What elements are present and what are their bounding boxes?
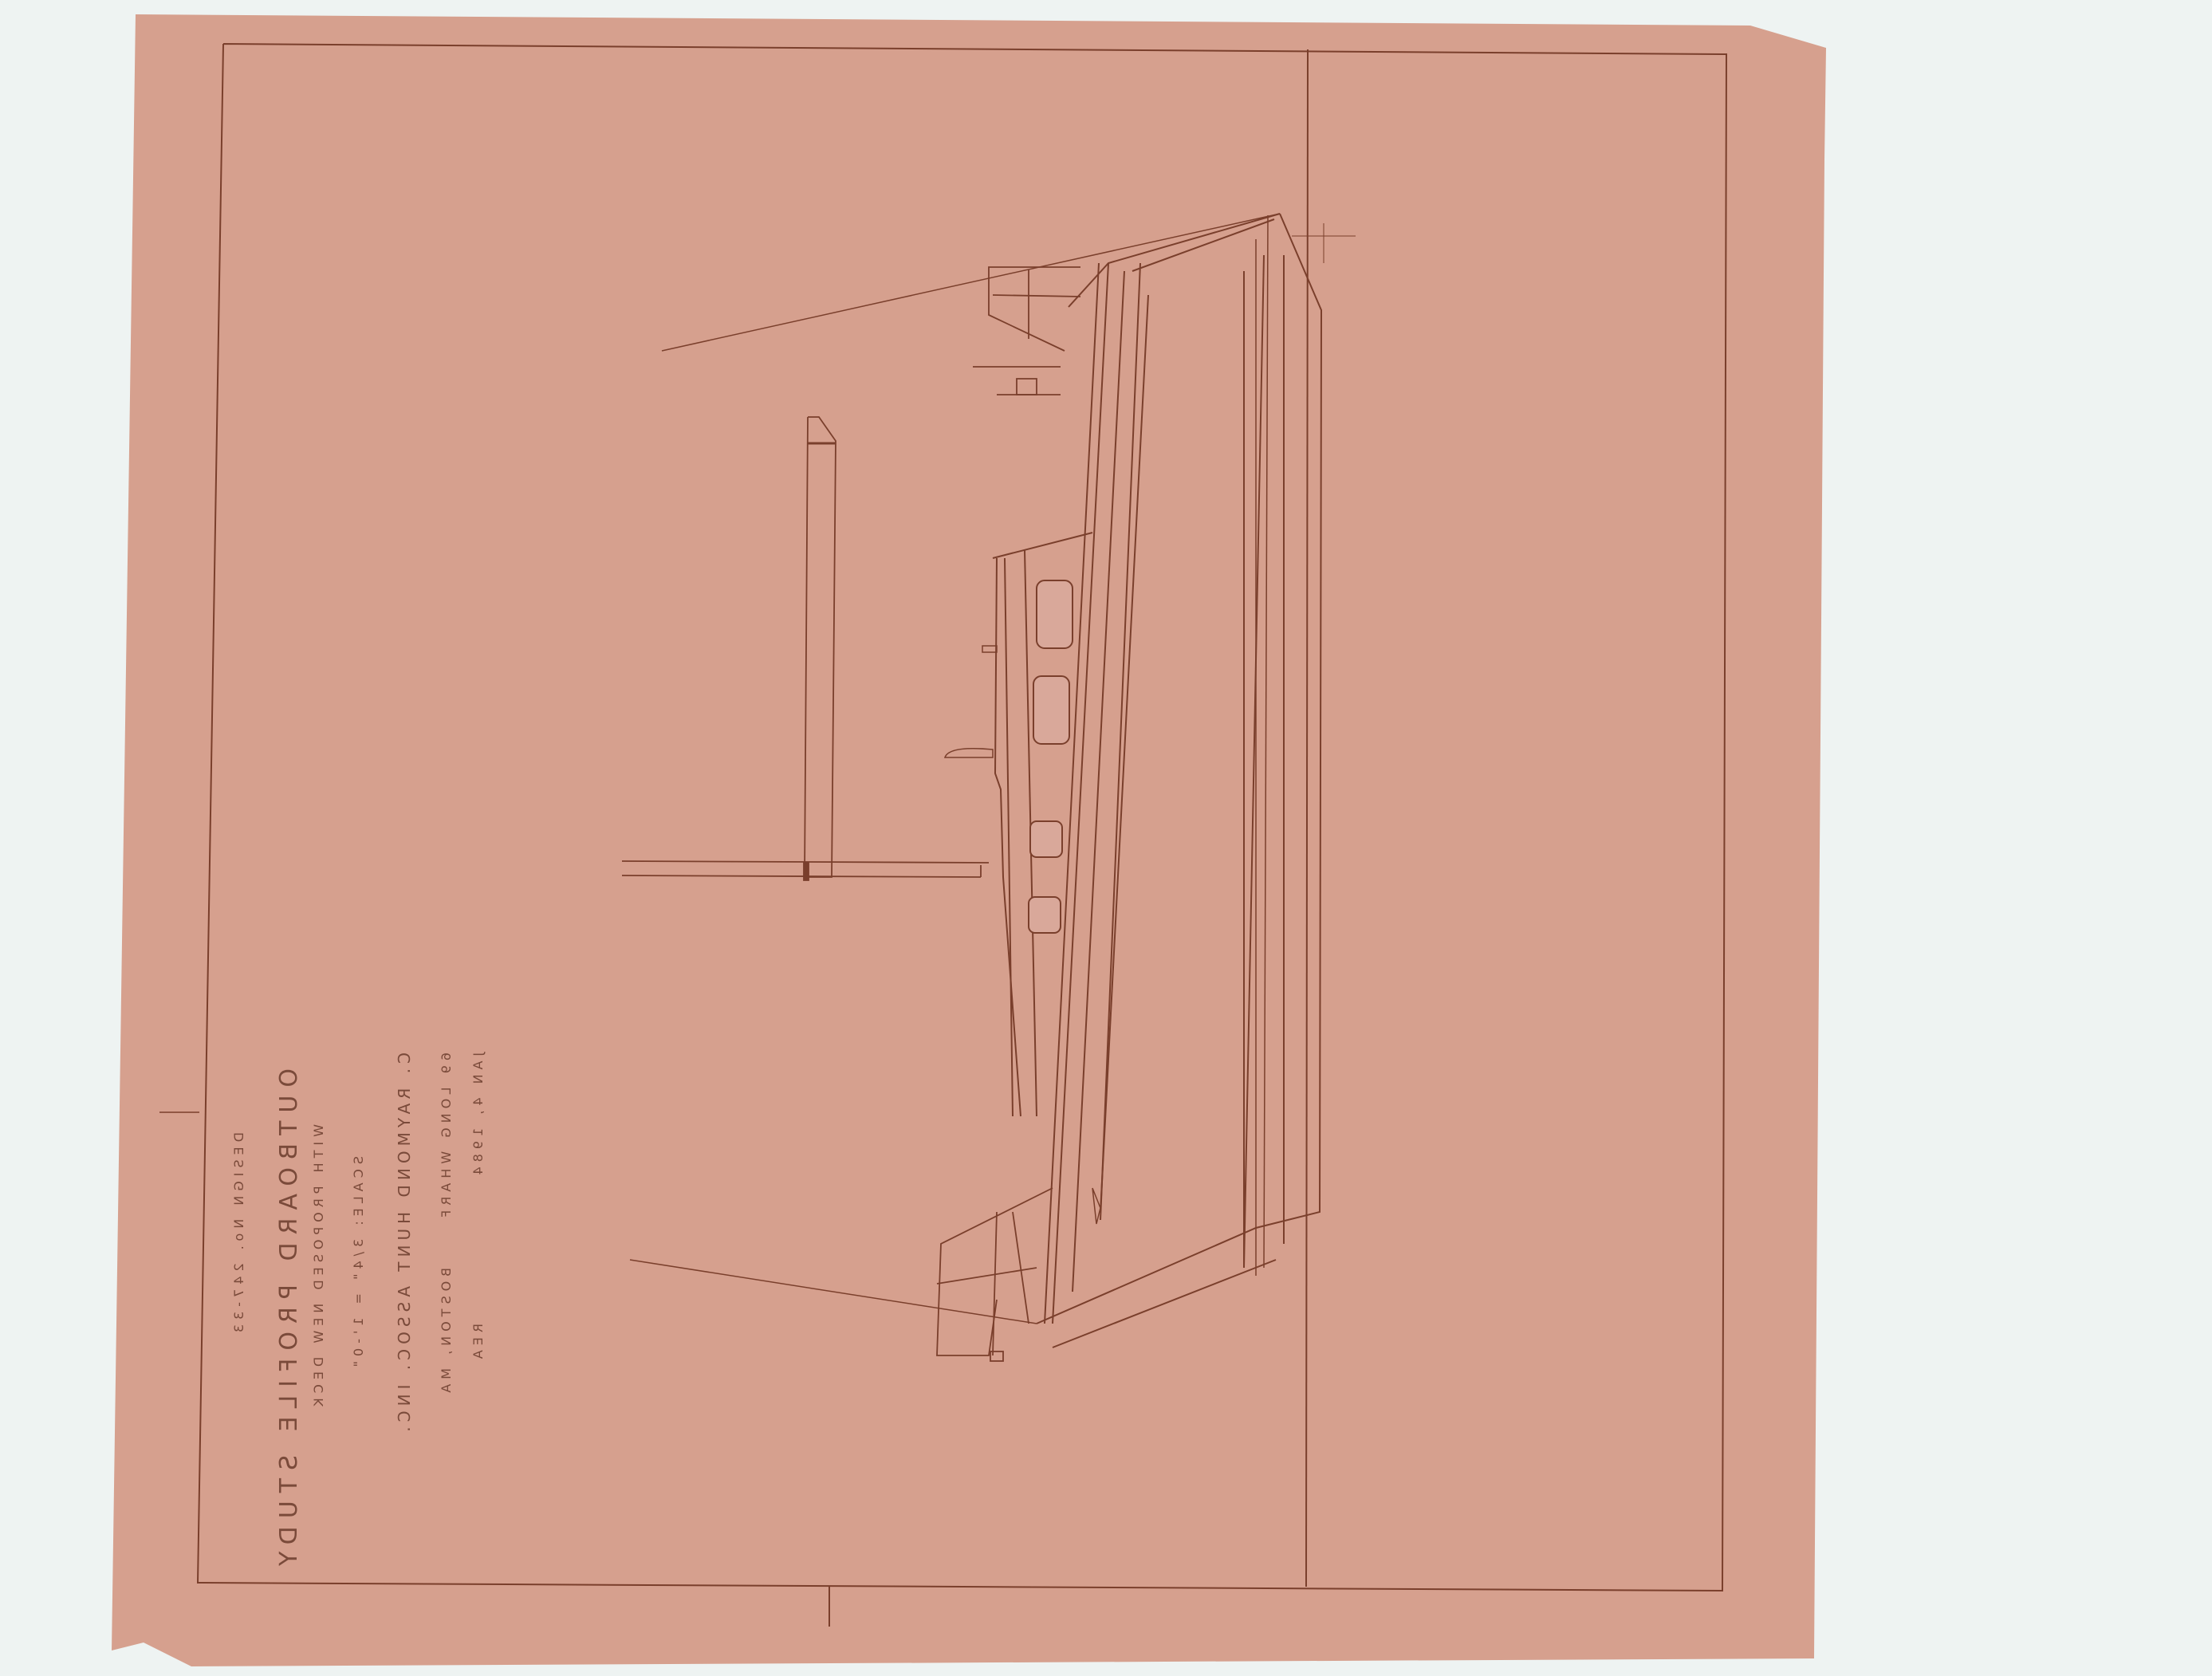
title-block: DESIGN No. 247-33 OUTBOARD PROFILE STUDY… (207, 1132, 558, 1531)
drawing-subtitle: WITH PROPOSED NEW DECK (311, 1124, 326, 1411)
firm-name: C. RAYMOND HUNT ASSOC. INC. (395, 1052, 414, 1437)
design-number: DESIGN No. 247-33 (231, 1132, 246, 1337)
drawing-scale: SCALE: 3/4" = 1'-0" (351, 1156, 366, 1371)
drawing-title: OUTBOARD PROFILE STUDY (275, 1068, 303, 1574)
drawn-by: REA (470, 1324, 486, 1363)
firm-city: BOSTON, MA (439, 1268, 454, 1398)
blueprint-sheet: DESIGN No. 247-33 OUTBOARD PROFILE STUDY… (0, 0, 2212, 1676)
drawing-date: JAN 4, 1984 (470, 1052, 486, 1180)
firm-address: 69 LONG WHARF (439, 1052, 454, 1222)
